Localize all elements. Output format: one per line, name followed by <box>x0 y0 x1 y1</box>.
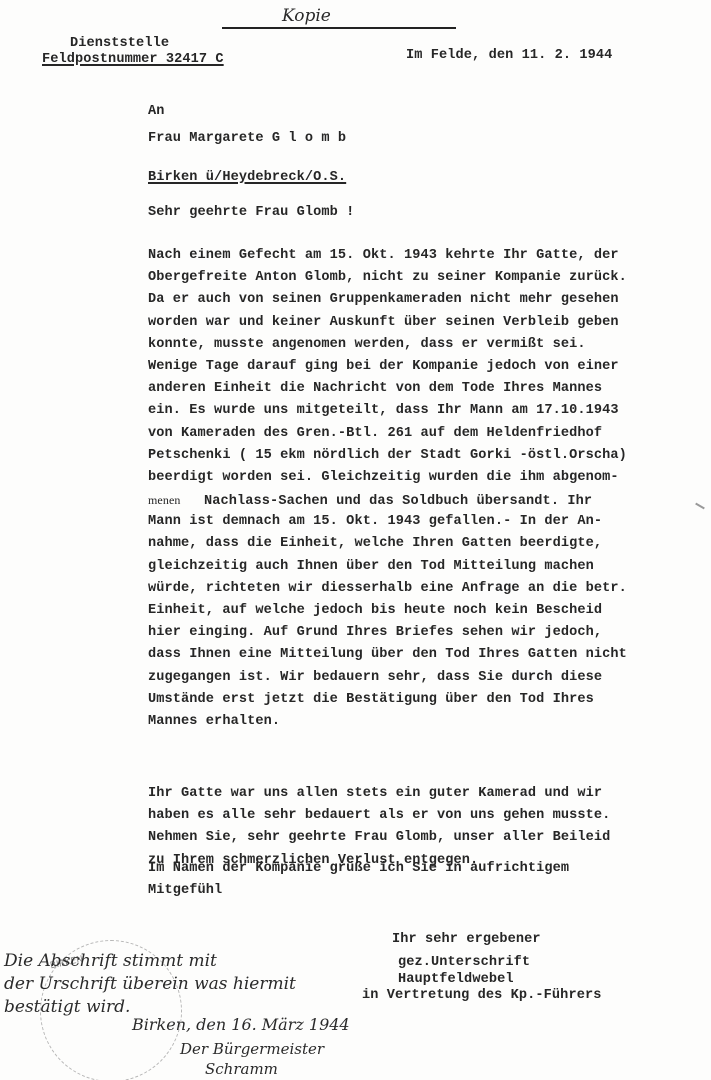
copy-label: Kopie <box>282 6 331 26</box>
body-line: ein. Es wurde uns mitgeteilt, dass Ihr M… <box>148 400 627 422</box>
certification-signature: Schramm <box>205 1060 278 1078</box>
body-line: haben es alle sehr bedauert als er von u… <box>148 805 610 827</box>
body-line: Nach einem Gefecht am 15. Okt. 1943 kehr… <box>148 245 627 267</box>
body-line: Da er auch von seinen Gruppenkameraden n… <box>148 289 627 311</box>
body-line: Mann ist demnach am 15. Okt. 1943 gefall… <box>148 511 627 533</box>
certification-line: Die Abschrift stimmt mit <box>4 950 296 973</box>
body-line: Nehmen Sie, sehr geehrte Frau Glomb, uns… <box>148 827 610 849</box>
body-line: beerdigt worden sei. Gleichzeitig wurden… <box>148 467 627 489</box>
body-line: Im Namen der Kompanie grüße ich Sie in a… <box>148 858 569 880</box>
recipient-name: Frau Margarete G l o m b <box>148 131 346 146</box>
body-line: von Kameraden des Gren.-Btl. 261 auf dem… <box>148 423 627 445</box>
body-line: konnte, musste angenomen werden, dass er… <box>148 334 627 356</box>
body-line: Mitgefühl <box>148 880 569 902</box>
certification-place-date: Birken, den 16. März 1944 <box>132 1015 350 1034</box>
body-line: gleichzeitig auch Ihnen über den Tod Mit… <box>148 556 627 578</box>
recipient-prefix: An <box>148 104 165 119</box>
certification-line: der Urschrift überein was hiermit <box>4 973 296 996</box>
body-line: anderen Einheit die Nachricht von dem To… <box>148 378 627 400</box>
body-line: dass Ihnen eine Mitteilung über den Tod … <box>148 644 627 666</box>
body-line: Mannes erhalten. <box>148 711 627 733</box>
field-post-number: Feldpostnummer 32417 C <box>42 52 224 67</box>
body-line: Umstände erst jetzt die Bestätigung über… <box>148 689 627 711</box>
signature-role: in Vertretung des Kp.-Führers <box>362 988 601 1003</box>
body-line: Einheit, auf welche jedoch bis heute noc… <box>148 600 627 622</box>
line-prefix: menen <box>148 489 204 511</box>
signature-line: gez.Unterschrift <box>398 955 530 970</box>
body-line: Petschenki ( 15 ekm nördlich der Stadt G… <box>148 445 627 467</box>
body-line: zugegangen ist. Wir bedauern sehr, dass … <box>148 667 627 689</box>
body-line: worden war und keiner Auskunft über sein… <box>148 312 627 334</box>
signature-rank: Hauptfeldwebel <box>398 972 514 987</box>
copy-underline <box>222 27 456 29</box>
body-line: Obergefreite Anton Glomb, nicht zu seine… <box>148 267 627 289</box>
body-line: menenNachlass-Sachen und das Soldbuch üb… <box>148 489 627 511</box>
salutation: Sehr geehrte Frau Glomb ! <box>148 205 354 220</box>
letter-body: Nach einem Gefecht am 15. Okt. 1943 kehr… <box>148 245 627 733</box>
letter-page: Kopie Dienststelle Feldpostnummer 32417 … <box>0 0 711 1080</box>
body-line: Wenige Tage darauf ging bei der Kompanie… <box>148 356 627 378</box>
certification-title: Der Bürgermeister <box>180 1040 324 1058</box>
certification-note: Die Abschrift stimmt mitder Urschrift üb… <box>4 950 296 1019</box>
closing: Ihr sehr ergebener <box>392 932 541 947</box>
body-line: würde, richteten wir diesserhalb eine An… <box>148 578 627 600</box>
body-line: nahme, dass die Einheit, welche Ihren Ga… <box>148 533 627 555</box>
margin-mark <box>695 503 705 510</box>
place-date: Im Felde, den 11. 2. 1944 <box>406 48 612 63</box>
body-line: hier einging. Auf Grund Ihres Briefes se… <box>148 622 627 644</box>
recipient-address: Birken ü/Heydebreck/O.S. <box>148 170 346 185</box>
sender-unit: Dienststelle <box>70 36 169 51</box>
letter-paragraph-greeting: Im Namen der Kompanie grüße ich Sie in a… <box>148 858 569 902</box>
body-line: Ihr Gatte war uns allen stets ein guter … <box>148 783 610 805</box>
